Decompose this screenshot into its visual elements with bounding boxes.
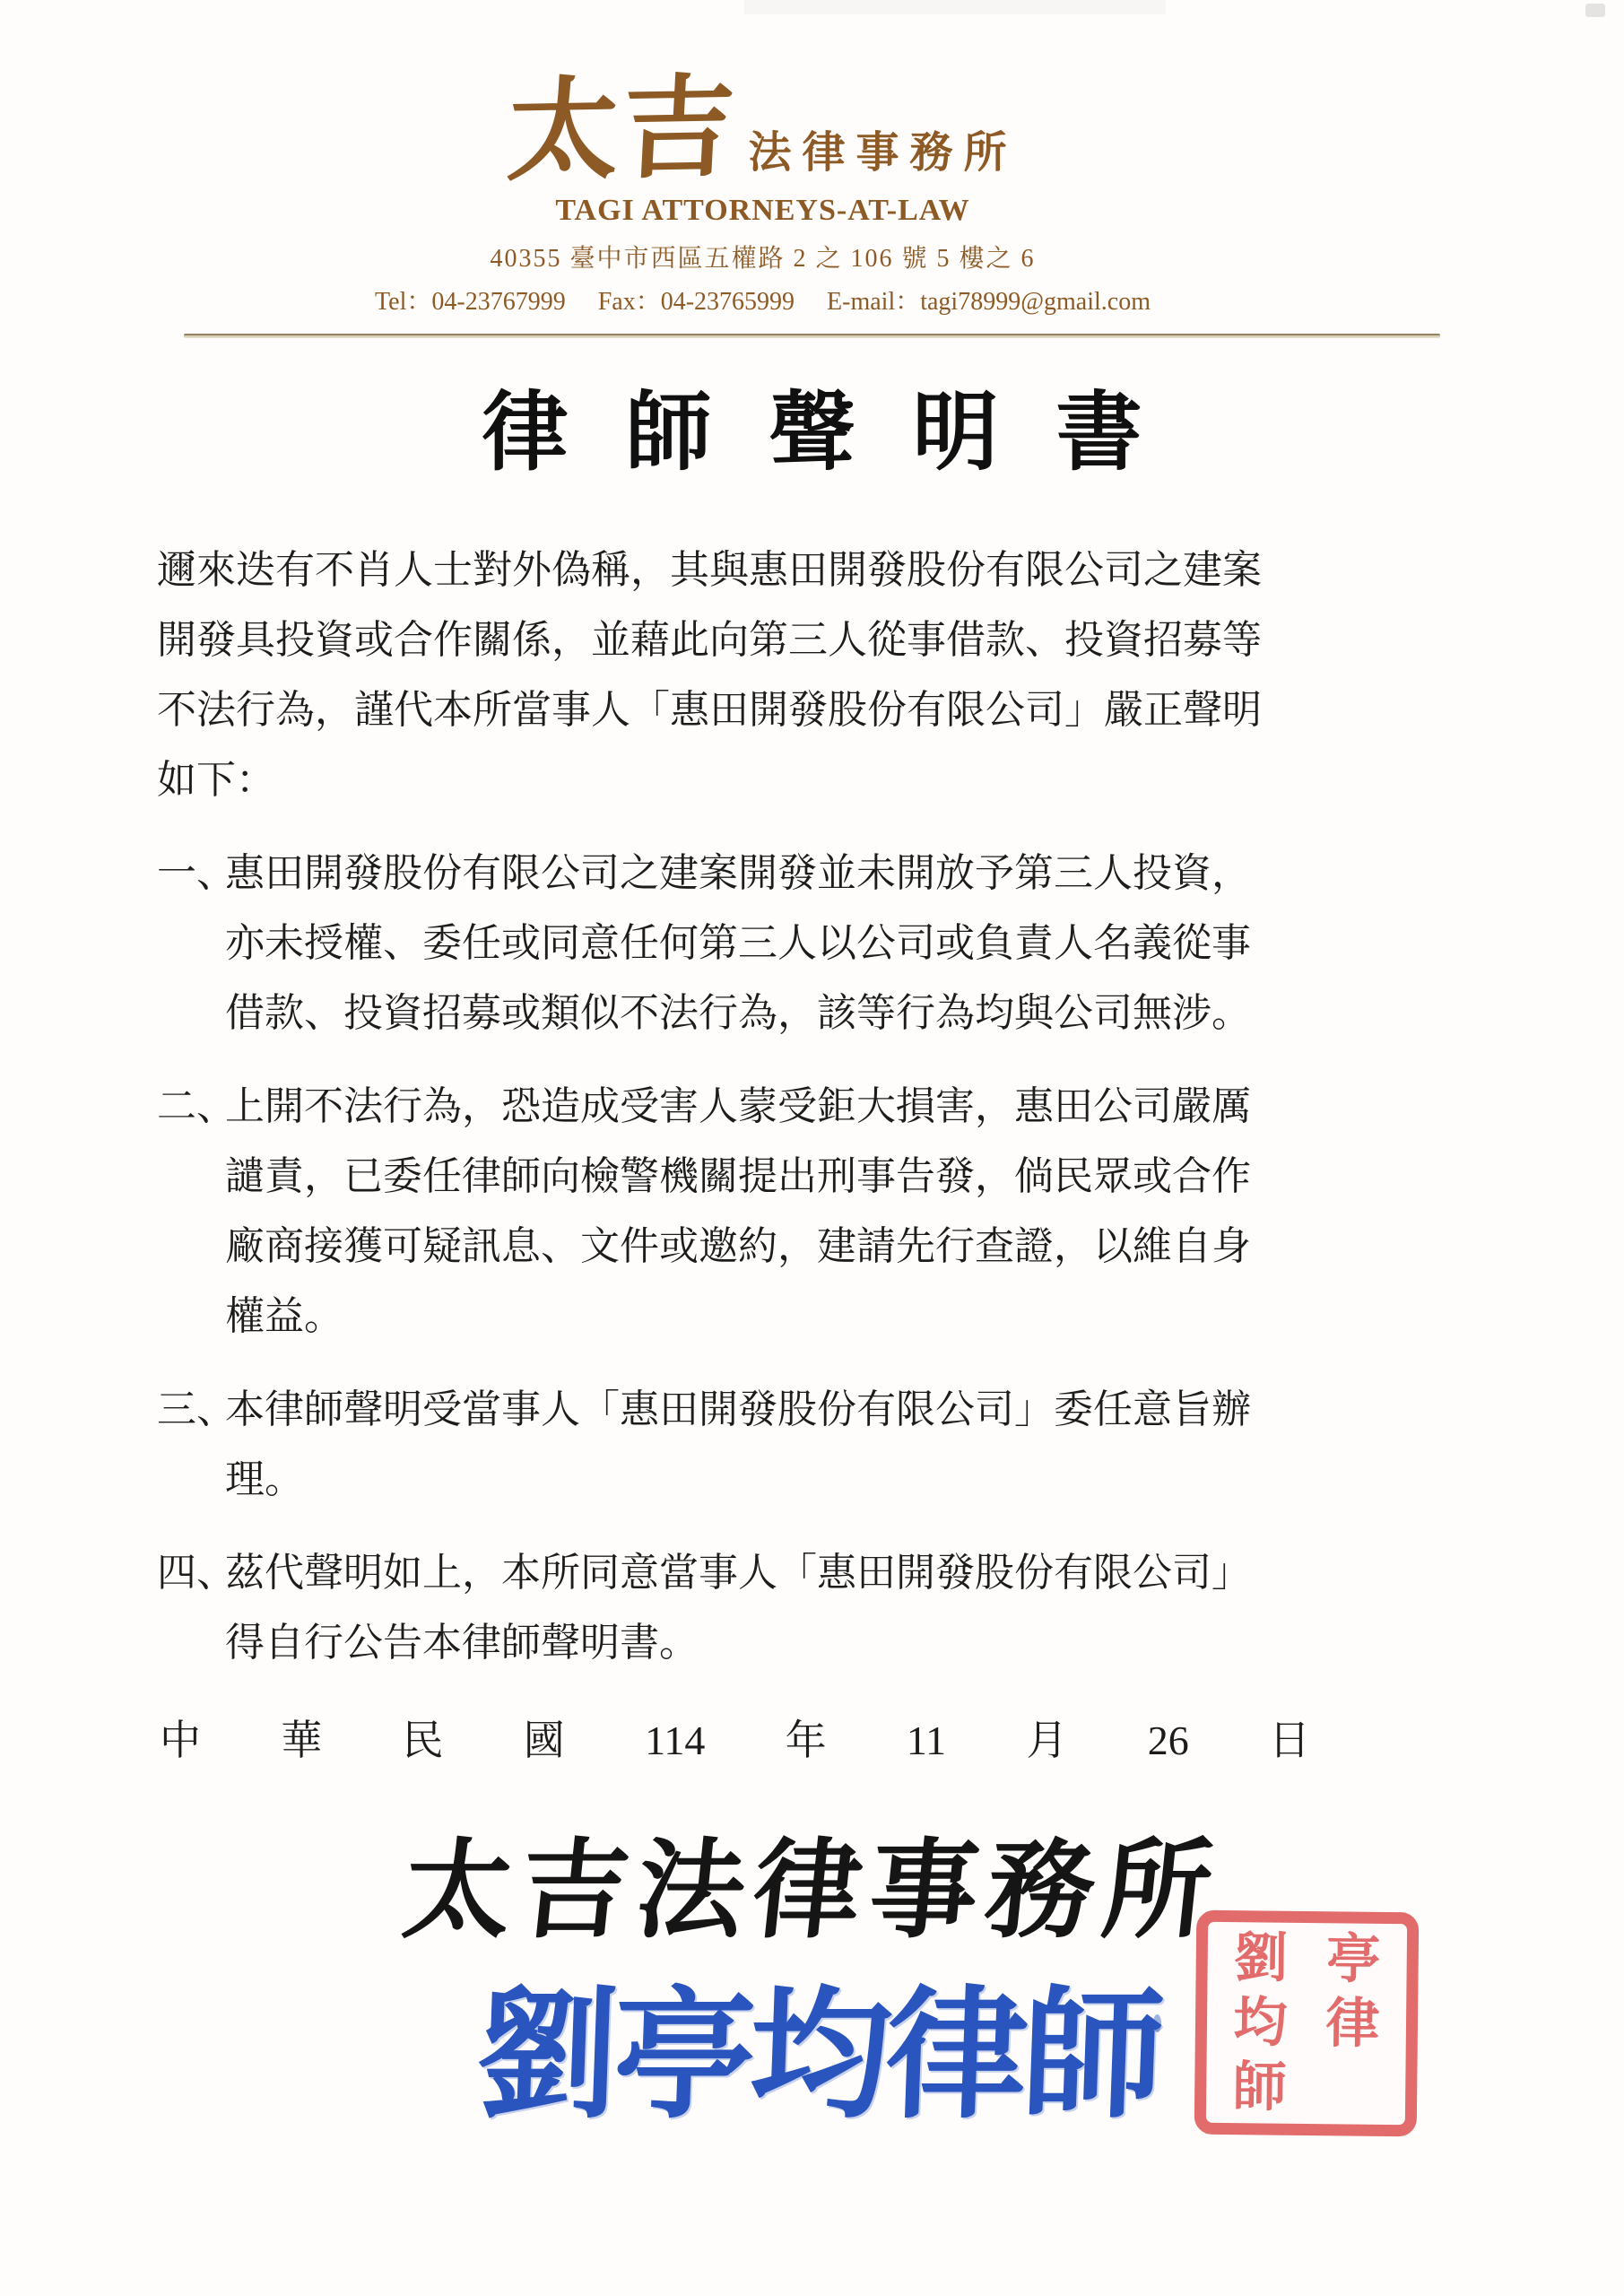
scan-artifact [744,0,1166,14]
scan-artifact [1585,4,1605,17]
date-part: 國 [524,1714,565,1768]
firm-name-english: TAGI ATTORNEYS-AT-LAW [0,194,1525,228]
text-line: 理。 [225,1445,1507,1515]
text-line: 茲代聲明如上，本所同意當事人「惠田開發股份有限公司」 [225,1538,1507,1608]
statement-item-2: 二、 上開不法行為，恐造成受害人蒙受鉅大損害，惠田公司嚴厲 譴責，已委任律師向檢… [0,1072,1624,1352]
date-part: 月 [1026,1714,1067,1768]
red-seal-stamp: 劉 亭 均 律 師 [1194,1910,1420,2137]
text-line: 亦未授權、委任或同意任何第三人以公司或負責人名義從事 [225,909,1507,978]
text-line: 借款、投資招募或類似不法行為，該等行為均與公司無涉。 [225,978,1507,1048]
seal-character: 亭 [1307,1926,1400,1992]
item-text: 上開不法行為，恐造成受害人蒙受鉅大損害，惠田公司嚴厲 譴責，已委任律師向檢警機關… [225,1072,1507,1352]
text-line: 如下： [157,745,1481,815]
firm-tel: Tel：04-23767999 [375,282,566,317]
seal-character: 律 [1307,1991,1400,2057]
seal-character: 師 [1213,2055,1307,2120]
item-number: 四、 [157,1538,225,1678]
item-number: 三、 [157,1375,225,1515]
seal-character: 劉 [1214,1926,1307,1991]
item-text: 本律師聲明受當事人「惠田開發股份有限公司」委任意旨辦 理。 [225,1375,1507,1515]
text-line: 廠商接獲可疑訊息、文件或邀約，建請先行查證，以維自身 [225,1212,1507,1282]
text-line: 得自行公告本律師聲明書。 [225,1608,1507,1678]
text-line: 本律師聲明受當事人「惠田開發股份有限公司」委任意旨辦 [225,1375,1507,1445]
firm-address: 40355 臺中市西區五權路 2 之 106 號 5 樓之 6 [0,239,1525,274]
item-number: 二、 [157,1072,225,1352]
text-line: 上開不法行為，恐造成受害人蒙受鉅大損害，惠田公司嚴厲 [225,1072,1507,1142]
date-part: 日 [1269,1714,1310,1768]
date-part: 中 [160,1714,201,1768]
firm-fax: Fax：04-23765999 [598,282,795,317]
text-line: 譴責，已委任律師向檢警機關提出刑事告發，倘民眾或合作 [225,1142,1507,1212]
lawyer-name-stamp: 劉亭均律師 [473,1965,1161,2149]
firm-contact-line: Tel：04-23767999 Fax：04-23765999 E-mail：t… [0,282,1525,317]
text-line: 不法行為，謹代本所當事人「惠田開發股份有限公司」嚴正聲明 [157,675,1481,745]
date-part-year-number: 114 [645,1714,705,1768]
firm-logo-suffix: 法律事務所 [749,117,1018,187]
item-number: 一、 [157,839,225,1048]
header-divider [184,334,1440,338]
date-part-day-number: 26 [1148,1714,1189,1768]
document-title: 律師聲明書 [0,379,1624,487]
scanned-letter-page: 太吉 法律事務所 TAGI ATTORNEYS-AT-LAW 40355 臺中市… [0,0,1624,2296]
text-line: 邇來迭有不肖人士對外偽稱，其與惠田開發股份有限公司之建案 [157,535,1481,605]
firm-logo-calligraphy: 太吉 [505,74,741,188]
item-text: 茲代聲明如上，本所同意當事人「惠田開發股份有限公司」 得自行公告本律師聲明書。 [225,1538,1507,1678]
statement-item-1: 一、 惠田開發股份有限公司之建案開發並未開放予第三人投資， 亦未授權、委任或同意… [0,839,1624,1048]
text-line: 開發具投資或合作關係，並藉此向第三人從事借款、投資招募等 [157,605,1481,675]
intro-paragraph: 邇來迭有不肖人士對外偽稱，其與惠田開發股份有限公司之建案 開發具投資或合作關係，… [157,535,1481,815]
firm-logo-row: 太吉 法律事務所 [0,50,1525,187]
date-part: 年 [786,1714,827,1768]
statement-item-4: 四、 茲代聲明如上，本所同意當事人「惠田開發股份有限公司」 得自行公告本律師聲明… [0,1538,1624,1678]
statement-list: 一、 惠田開發股份有限公司之建案開發並未開放予第三人投資， 亦未授權、委任或同意… [0,839,1624,1678]
date-part: 民 [403,1714,444,1768]
letterhead: 太吉 法律事務所 TAGI ATTORNEYS-AT-LAW 40355 臺中市… [0,0,1525,317]
date-line: 中 華 民 國 114 年 11 月 26 日 [160,1714,1310,1768]
item-text: 惠田開發股份有限公司之建案開發並未開放予第三人投資， 亦未授權、委任或同意任何第… [225,839,1507,1048]
statement-item-3: 三、 本律師聲明受當事人「惠田開發股份有限公司」委任意旨辦 理。 [0,1375,1624,1515]
text-line: 惠田開發股份有限公司之建案開發並未開放予第三人投資， [225,839,1507,909]
date-part: 華 [281,1714,322,1768]
text-line: 權益。 [225,1282,1507,1352]
firm-email: E-mail：tagi78999@gmail.com [827,282,1151,317]
date-part-month-number: 11 [907,1714,946,1768]
seal-character: 均 [1214,1990,1307,2056]
signature-row: 劉亭均律師 劉 亭 均 律 師 [0,1965,1624,2216]
